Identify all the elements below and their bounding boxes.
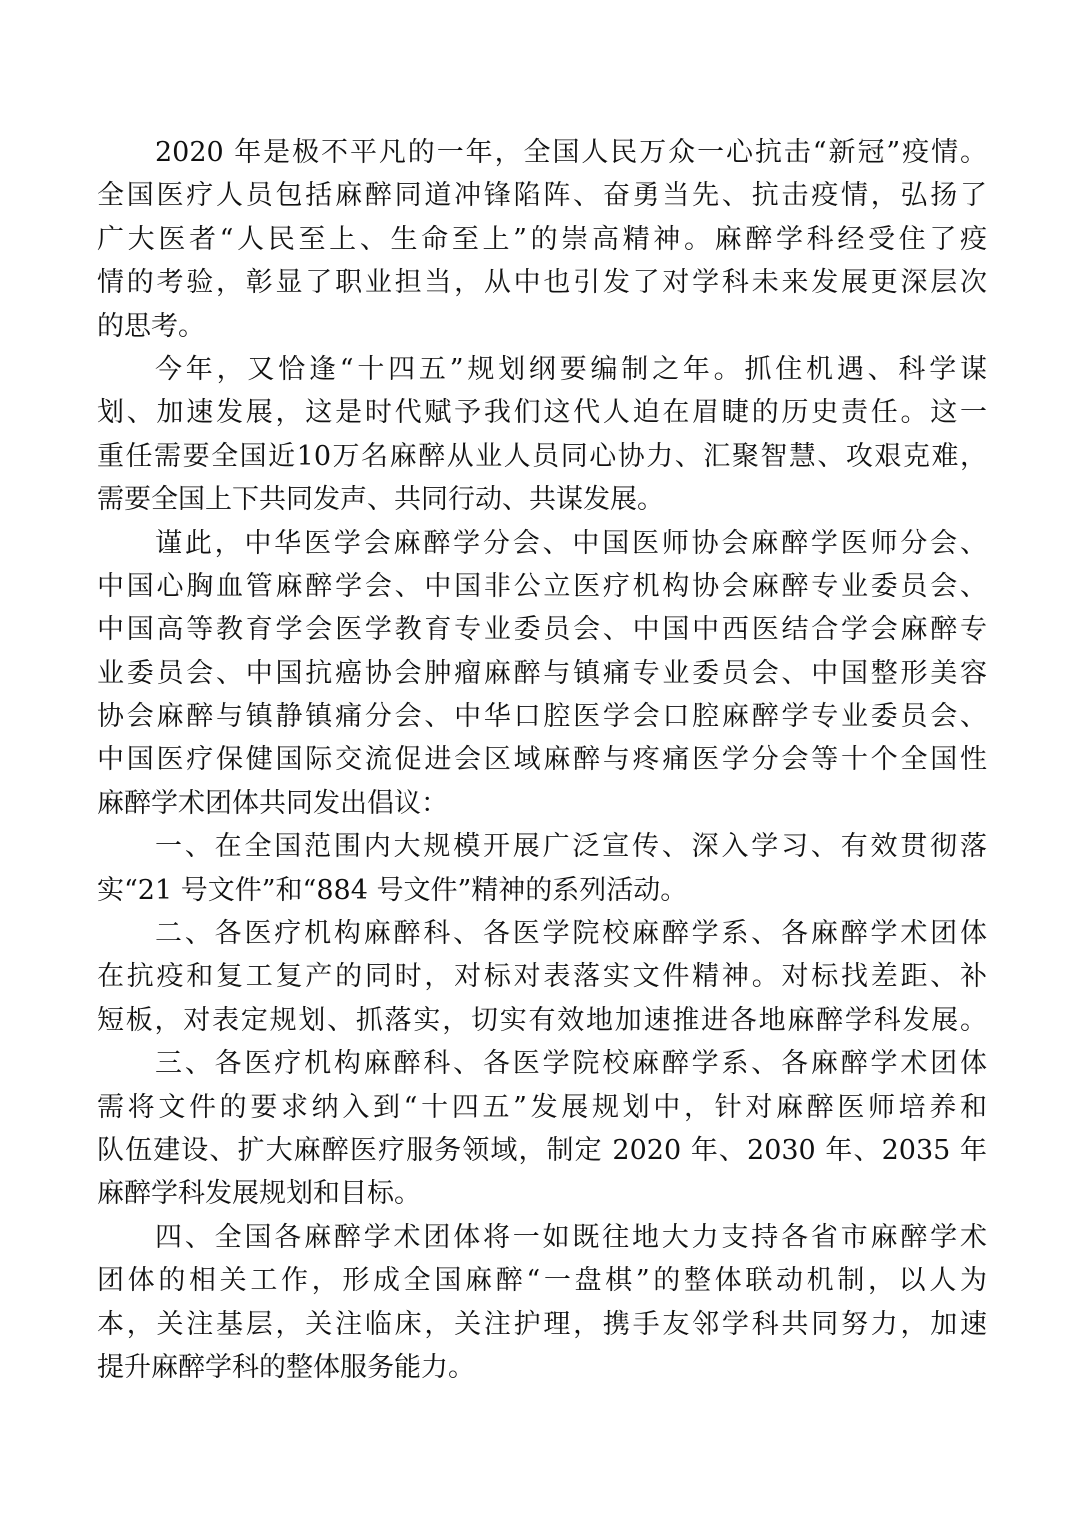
text-line: 本，关注基层，关注临床，关注护理，携手友邻学科共同努力，加速 xyxy=(97,1303,987,1346)
text-line: 四、全国各麻醉学术团体将一如既往地大力支持各省市麻醉学术 xyxy=(97,1216,987,1259)
text-line: 中国高等教育学会医学教育专业委员会、中国中西医结合学会麻醉专 xyxy=(97,608,987,651)
text-line: 业委员会、中国抗癌协会肿瘤麻醉与镇痛专业委员会、中国整形美容 xyxy=(97,652,987,695)
proposal-one: 一、在全国范围内大规模开展广泛宣传、深入学习、有效贯彻落 实“21 号文件”和“… xyxy=(97,825,987,912)
proposal-three: 三、各医疗机构麻醉科、各医学院校麻醉学系、各麻醉学术团体 需将文件的要求纳入到“… xyxy=(97,1042,987,1216)
text-line: 中国心胸血管麻醉学会、中国非公立医疗机构协会麻醉专业委员会、 xyxy=(97,565,987,608)
text-line: 麻醉学科发展规划和目标。 xyxy=(97,1172,987,1215)
text-line: 实“21 号文件”和“884 号文件”精神的系列活动。 xyxy=(97,869,987,912)
text-line: 情的考验，彰显了职业担当，从中也引发了对学科未来发展更深层次 xyxy=(97,261,987,304)
text-line: 全国医疗人员包括麻醉同道冲锋陷阵、奋勇当先、抗击疫情，弘扬了 xyxy=(97,174,987,217)
intro-paragraph: 2020 年是极不平凡的一年，全国人民万众一心抗击“新冠”疫情。 全国医疗人员包… xyxy=(97,131,987,348)
text-line: 广大医者“人民至上、生命至上”的崇高精神。麻醉学科经受住了疫 xyxy=(97,218,987,261)
text-line: 在抗疫和复工复产的同时，对标对表落实文件精神。对标找差距、补 xyxy=(97,955,987,998)
text-line: 中国医疗保健国际交流促进会区域麻醉与疼痛医学分会等十个全国性 xyxy=(97,738,987,781)
text-line: 今年，又恰逢“十四五”规划纲要编制之年。抓住机遇、科学谋 xyxy=(97,348,987,391)
text-line: 队伍建设、扩大麻醉医疗服务领域，制定 2020 年、2030 年、2035 年 xyxy=(97,1129,987,1172)
text-line: 协会麻醉与镇静镇痛分会、中华口腔医学会口腔麻醉学专业委员会、 xyxy=(97,695,987,738)
text-line: 谨此，中华医学会麻醉学分会、中国医师协会麻醉学医师分会、 xyxy=(97,522,987,565)
text-line: 重任需要全国近10万名麻醉从业人员同心协力、汇聚智慧、攻艰克难， xyxy=(97,435,987,478)
text-line: 三、各医疗机构麻醉科、各医学院校麻醉学系、各麻醉学术团体 xyxy=(97,1042,987,1085)
organizations-paragraph: 谨此，中华医学会麻醉学分会、中国医师协会麻醉学医师分会、 中国心胸血管麻醉学会、… xyxy=(97,522,987,826)
text-line: 划、加速发展，这是时代赋予我们这代人迫在眉睫的历史责任。这一 xyxy=(97,391,987,434)
text-line: 麻醉学术团体共同发出倡议： xyxy=(97,782,987,825)
text-line: 需要全国上下共同发声、共同行动、共谋发展。 xyxy=(97,478,987,521)
text-line: 团体的相关工作，形成全国麻醉“一盘棋”的整体联动机制，以人为 xyxy=(97,1259,987,1302)
text-line: 的思考。 xyxy=(97,305,987,348)
text-line: 2020 年是极不平凡的一年，全国人民万众一心抗击“新冠”疫情。 xyxy=(97,131,987,174)
text-line: 二、各医疗机构麻醉科、各医学院校麻醉学系、各麻醉学术团体 xyxy=(97,912,987,955)
text-line: 一、在全国范围内大规模开展广泛宣传、深入学习、有效贯彻落 xyxy=(97,825,987,868)
text-line: 需将文件的要求纳入到“十四五”发展规划中，针对麻醉医师培养和 xyxy=(97,1086,987,1129)
fourteenth-five-year-paragraph: 今年，又恰逢“十四五”规划纲要编制之年。抓住机遇、科学谋 划、加速发展，这是时代… xyxy=(97,348,987,522)
document-page: 2020 年是极不平凡的一年，全国人民万众一心抗击“新冠”疫情。 全国医疗人员包… xyxy=(97,131,987,1389)
text-line: 短板，对表定规划、抓落实，切实有效地加速推进各地麻醉学科发展。 xyxy=(97,999,987,1042)
proposal-four: 四、全国各麻醉学术团体将一如既往地大力支持各省市麻醉学术 团体的相关工作，形成全… xyxy=(97,1216,987,1390)
proposal-two: 二、各医疗机构麻醉科、各医学院校麻醉学系、各麻醉学术团体 在抗疫和复工复产的同时… xyxy=(97,912,987,1042)
text-line: 提升麻醉学科的整体服务能力。 xyxy=(97,1346,987,1389)
